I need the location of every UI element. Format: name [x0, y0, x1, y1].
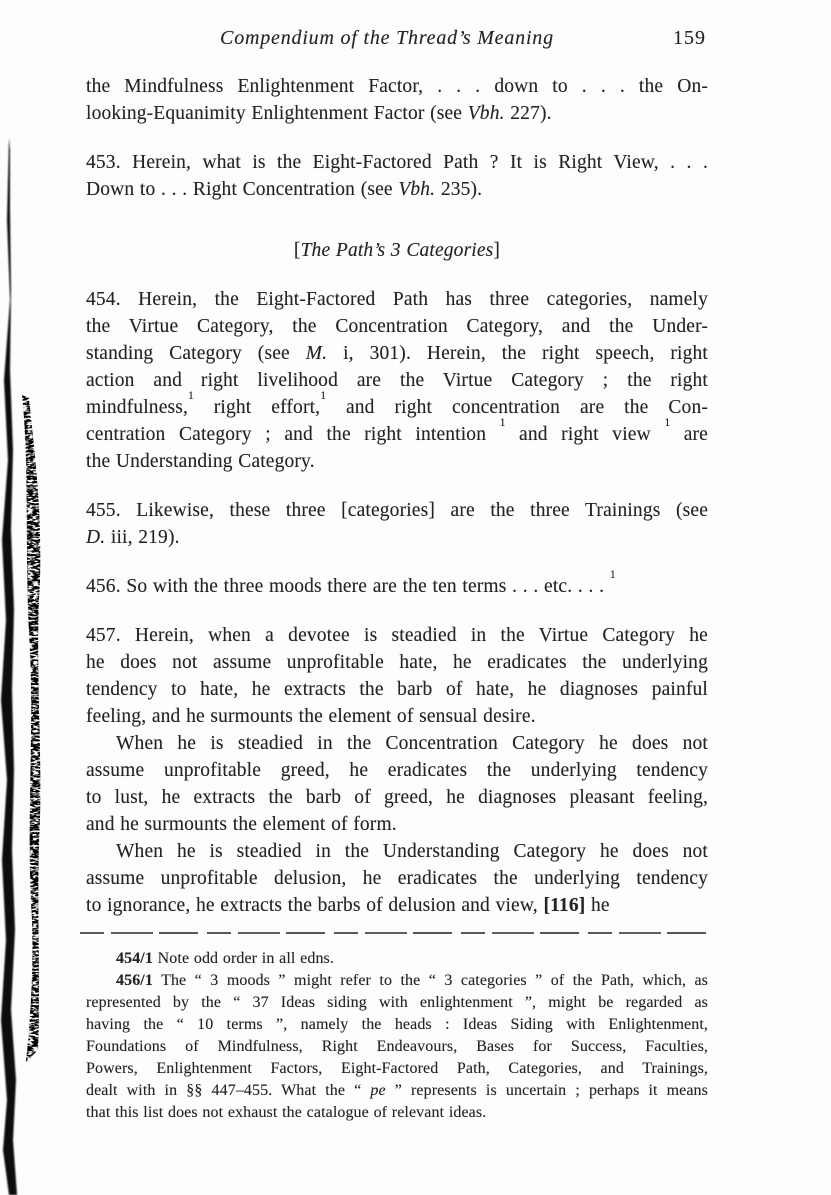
text-line: the Mindfulness Enlightenment Factor, . … — [86, 73, 708, 100]
text-line: dealt with in §§ 447–455. What the “ pe … — [86, 1080, 708, 1102]
paragraph-intro: the Mindfulness Enlightenment Factor, . … — [86, 73, 708, 127]
paragraph-455: 455. Likewise, these three [categories] … — [86, 497, 708, 551]
text-line: assume unprofitable delusion, he eradica… — [86, 865, 708, 892]
paragraph-457-understanding: When he is steadied in the Understanding… — [86, 838, 708, 919]
paragraph-456: 456. So with the three moods there are t… — [86, 573, 708, 600]
text-line: 454/1 Note odd order in all edns. — [86, 948, 708, 970]
body-text: the Mindfulness Enlightenment Factor, . … — [86, 73, 708, 919]
text-line: the Virtue Category, the Concentration C… — [86, 313, 708, 340]
text-line: 453. Herein, what is the Eight-Factored … — [86, 149, 708, 176]
text-line: Down to . . . Right Concentration (see V… — [86, 176, 708, 203]
text-line: action and right livelihood are the Virt… — [86, 367, 708, 394]
text-line: mindfulness,1 right effort,1 and right c… — [86, 394, 708, 421]
text-line: 455. Likewise, these three [categories] … — [86, 497, 708, 524]
footnotes: 454/1 Note odd order in all edns.456/1 T… — [86, 948, 708, 1124]
text-line: he does not assume unprofitable hate, he… — [86, 649, 708, 676]
binding-shadow-grain — [22, 395, 40, 1062]
binding-shadow-streak — [1, 138, 17, 1195]
paragraph-457: 457. Herein, when a devotee is steadied … — [86, 622, 708, 730]
text-line: [The Path’s 3 Categories] — [86, 237, 708, 264]
footnote-454-1: 454/1 Note odd order in all edns. — [86, 948, 708, 970]
text-line: standing Category (see M. i, 301). Herei… — [86, 340, 708, 367]
text-line: 454. Herein, the Eight-Factored Path has… — [86, 286, 708, 313]
section-heading: [The Path’s 3 Categories] — [86, 237, 708, 264]
text-line: assume unprofitable greed, he eradicates… — [86, 757, 708, 784]
text-line: to lust, he extracts the barb of greed, … — [86, 784, 708, 811]
footnote-divider — [80, 932, 708, 934]
text-line: looking-Equanimity Enlightenment Factor … — [86, 100, 708, 127]
text-line: Powers, Enlightenment Factors, Eight-Fac… — [86, 1058, 708, 1080]
paragraph-457-concentration: When he is steadied in the Concentration… — [86, 730, 708, 838]
text-line: having the “ 10 terms ”, namely the head… — [86, 1014, 708, 1036]
text-line: tendency to hate, he extracts the barb o… — [86, 676, 708, 703]
footnote-456-1: 456/1 The “ 3 moods ” might refer to the… — [86, 970, 708, 1124]
text-line: When he is steadied in the Concentration… — [86, 730, 708, 757]
text-line: 456. So with the three moods there are t… — [86, 573, 708, 600]
page-number: 159 — [673, 27, 706, 50]
text-line: the Understanding Category. — [86, 448, 708, 475]
text-column: Compendium of the Thread’s Meaning 159 t… — [86, 0, 708, 1124]
text-line: to ignorance, he extracts the barbs of d… — [86, 892, 708, 919]
text-line: D. iii, 219). — [86, 524, 708, 551]
text-line: When he is steadied in the Understanding… — [86, 838, 708, 865]
paragraph-454: 454. Herein, the Eight-Factored Path has… — [86, 286, 708, 475]
text-line: Foundations of Mindfulness, Right Endeav… — [86, 1036, 708, 1058]
text-line: 456/1 The “ 3 moods ” might refer to the… — [86, 970, 708, 992]
text-line: and he surmounts the element of form. — [86, 811, 708, 838]
text-line: that this list does not exhaust the cata… — [86, 1102, 708, 1124]
paragraph-453: 453. Herein, what is the Eight-Factored … — [86, 149, 708, 203]
text-line: 457. Herein, when a devotee is steadied … — [86, 622, 708, 649]
running-header-title: Compendium of the Thread’s Meaning — [220, 27, 554, 50]
running-header: Compendium of the Thread’s Meaning 159 — [86, 27, 708, 54]
text-line: centration Category ; and the right inte… — [86, 421, 708, 448]
binding-shadow — [0, 0, 60, 1195]
text-line: feeling, and he surmounts the element of… — [86, 703, 708, 730]
text-line: represented by the “ 37 Ideas siding wit… — [86, 992, 708, 1014]
book-page: Compendium of the Thread’s Meaning 159 t… — [0, 0, 831, 1195]
